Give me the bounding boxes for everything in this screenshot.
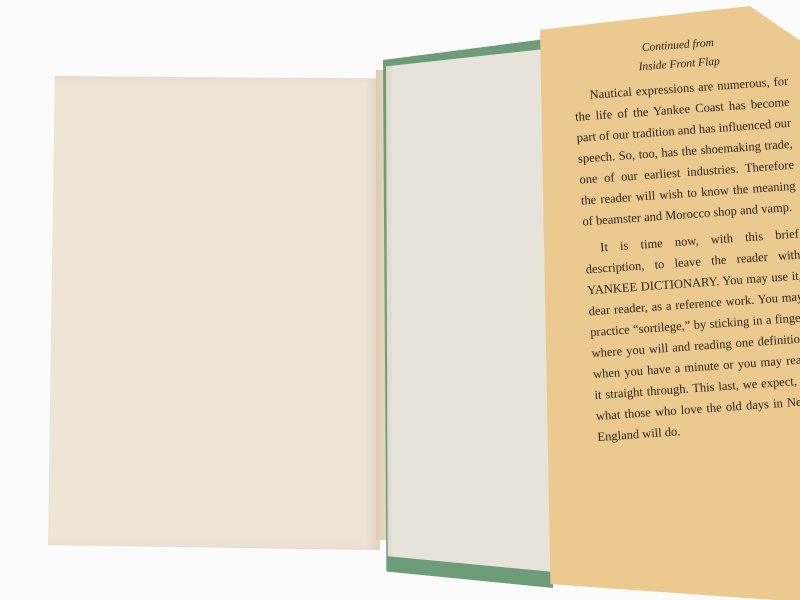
flap-text: Continued from Inside Front Flap Nautica… bbox=[570, 29, 800, 454]
flap-paragraph-1: Nautical expressions are numerous, for t… bbox=[573, 71, 798, 233]
left-blank-page bbox=[48, 76, 380, 550]
flap-paragraph-2: It is time now, with this brief descript… bbox=[584, 224, 800, 448]
endpaper bbox=[386, 48, 554, 572]
